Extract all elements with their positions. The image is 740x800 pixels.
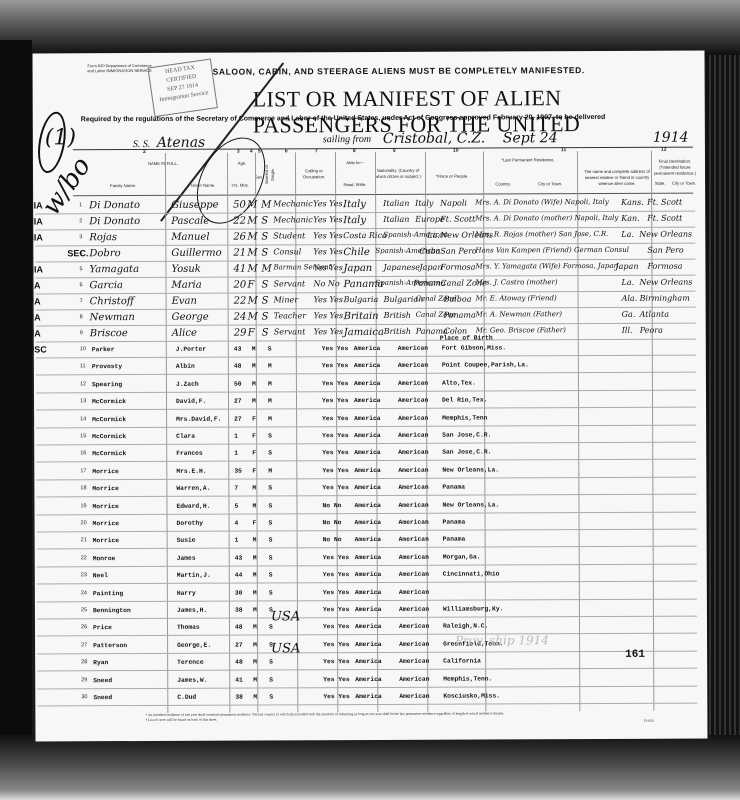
destination-city: Ft. Scott — [647, 214, 682, 223]
read-write: Yes Yes — [322, 449, 348, 456]
given-name: J.Porter — [176, 346, 206, 353]
row-annotation-usa: USA — [271, 641, 300, 656]
nearest-relative: Mrs. J. Castro (mother) — [475, 278, 557, 286]
row-annotation-usa: USA — [271, 609, 300, 624]
destination-city: Ft. Scott — [647, 198, 682, 207]
col-number: 7 — [315, 148, 318, 154]
read-write: Yes Yes — [322, 432, 348, 439]
place-of-birth: Del Rio,Tex. — [442, 397, 487, 404]
row-line-number: 16 — [80, 451, 86, 457]
row-line-number: 2 — [79, 218, 82, 224]
destination-state: Kan. — [621, 214, 639, 223]
marital-status: S — [269, 537, 273, 544]
age: 26 — [233, 232, 246, 243]
sex: F — [252, 467, 256, 474]
marital-status: M — [261, 199, 271, 210]
race: British — [384, 327, 411, 336]
calling: Servant — [273, 279, 305, 288]
age: 1 — [235, 537, 239, 544]
family-name: Spearing — [92, 381, 122, 388]
family-name: Briscoe — [90, 328, 128, 339]
calling: Mechanic — [273, 215, 313, 224]
marital-status: S — [269, 519, 273, 526]
nearest-relative: Mr. A. Newman (Father) — [476, 310, 562, 318]
given-name: Maria — [171, 280, 201, 291]
head-tax-stamp: HEAD TAX CERTIFIED SEP 27 1914 Immigrati… — [147, 58, 218, 117]
sex: F — [253, 519, 257, 526]
row-line-number: 13 — [80, 398, 86, 404]
race: American — [398, 501, 428, 508]
sex: F — [248, 328, 255, 339]
place-of-birth: Memphis,Tenn. — [443, 675, 492, 682]
residence-country: Japan — [419, 263, 442, 272]
sailing-date: Sept 24 — [503, 130, 558, 146]
col-number: 8 — [353, 148, 356, 154]
marital-status: S — [268, 502, 272, 509]
form-label: Form 630 Department of Commerce and Labo… — [85, 63, 155, 73]
destination-city: New Orleans — [639, 278, 692, 287]
age: 41 — [235, 676, 243, 683]
family-name: Di Donato — [89, 200, 140, 211]
given-name: Harry — [177, 589, 196, 596]
col-number: 3 — [237, 149, 240, 155]
marital-status: S — [269, 572, 273, 579]
header-yrs-mos: Yrs. Mos. — [227, 183, 253, 189]
marital-status: M — [268, 363, 272, 370]
sex: F — [252, 450, 256, 457]
header-city: City or Town. — [525, 181, 575, 187]
given-name: David,F. — [176, 398, 206, 405]
family-name: Price — [93, 625, 112, 632]
row-line-number: 27 — [81, 642, 87, 648]
age: 20 — [233, 280, 246, 291]
race: American — [399, 658, 429, 665]
destination-city: New Orleans — [639, 230, 692, 239]
family-name: Yamagata — [89, 264, 139, 275]
race: American — [398, 362, 428, 369]
marital-status: S — [268, 432, 272, 439]
page-number: 161 — [625, 649, 645, 661]
destination-state: La. — [621, 278, 634, 287]
marital-status: M — [268, 380, 272, 387]
row-line-number: 6 — [80, 282, 83, 288]
sex: M — [252, 485, 256, 492]
nearest-relative: Mr. Geo. Briscoe (Father) — [476, 326, 566, 334]
age: 38 — [235, 607, 243, 614]
age: 48 — [234, 363, 242, 370]
nationality: Italy — [343, 199, 366, 210]
destination-state: Ga. — [622, 310, 636, 319]
place-of-birth: Raleigh,N.C. — [443, 623, 488, 630]
header-country: Country. — [483, 181, 523, 187]
col-number: 4 — [250, 149, 253, 155]
header-last-residence: *Last Permanent Residence. — [483, 157, 573, 163]
race: American — [399, 571, 429, 578]
marital-status: S — [262, 311, 269, 322]
family-name: Morrice — [93, 520, 119, 527]
sex: M — [247, 263, 257, 274]
sex: M — [253, 676, 257, 683]
header-family-name: Family Name. — [93, 183, 153, 189]
row-line-number: 1 — [79, 202, 82, 208]
age: 29 — [234, 328, 247, 339]
family-name: Neel — [93, 572, 108, 579]
sex: M — [248, 295, 258, 306]
place-of-birth: California — [443, 658, 481, 665]
place-of-birth: Cincinnati,Ohio — [443, 571, 500, 578]
family-name: Christoff — [90, 296, 134, 307]
col-number: 10 — [453, 148, 459, 154]
residence-city: Napoli — [440, 199, 467, 208]
marital-status: S — [268, 345, 272, 352]
age: 50 — [234, 380, 242, 387]
row-code: NIA — [27, 264, 43, 274]
nationality: Costa Rica — [343, 231, 386, 240]
marital-status: S — [261, 279, 268, 290]
row-code: UA — [28, 328, 41, 338]
residence-country: La. — [427, 231, 440, 240]
sex: M — [253, 589, 257, 596]
age: 27 — [234, 398, 242, 405]
row-code: UA — [27, 280, 40, 290]
destination-state: Kans. — [621, 198, 644, 207]
age: 48 — [235, 659, 243, 666]
destination-city: Atlanta — [640, 310, 669, 319]
nationality: America — [354, 415, 380, 422]
row-line-number: 29 — [81, 677, 87, 683]
given-name: Mrs.David,F. — [176, 415, 221, 422]
read-write: Yes Yes — [314, 295, 343, 304]
given-name: Clara — [176, 433, 195, 440]
read-write: No No — [323, 519, 342, 526]
sex: M — [253, 641, 257, 648]
read-write: Yes Yes — [322, 467, 348, 474]
sex: M — [253, 624, 257, 631]
header-city-town: City or Town. — [669, 181, 699, 187]
given-name: Frances — [176, 450, 202, 457]
header-race: †Race or People. — [425, 174, 479, 180]
read-write: Yes Yes — [313, 263, 342, 272]
family-name: McCormick — [92, 398, 126, 405]
destination-city: Peora — [640, 326, 663, 335]
family-name: Sneed — [93, 694, 112, 701]
col-number: 11 — [561, 147, 566, 153]
race: American — [399, 519, 429, 526]
row-code: NIA — [27, 232, 43, 242]
read-write: Yes Yes — [322, 362, 348, 369]
scan-background-right — [706, 55, 740, 755]
sex: M — [247, 215, 257, 226]
age: 7 — [234, 485, 238, 492]
race: Japanese — [383, 263, 420, 272]
calling: Servant — [274, 327, 306, 336]
sailing-year: 1914 — [653, 130, 689, 146]
family-name: Morrice — [92, 503, 118, 510]
read-write: Yes Yes — [323, 606, 349, 613]
given-name: Susie — [177, 537, 196, 544]
read-write: No No — [323, 537, 342, 544]
race: American — [399, 693, 429, 700]
given-name: Giuseppe — [171, 200, 218, 211]
marital-status: S — [269, 624, 273, 631]
place-of-birth: New Orleans,La. — [442, 466, 499, 473]
family-name: Painting — [93, 590, 123, 597]
nearest-relative: Hans Van Kampen (Friend) German Consul — [475, 246, 629, 255]
place-of-birth: Morgan,Ga. — [443, 553, 481, 560]
header-able-to: Able to— — [335, 160, 375, 166]
col-number: 5 — [258, 148, 261, 154]
place-of-birth: San Jose,C.R. — [442, 449, 491, 456]
given-name: Terence — [177, 659, 203, 666]
read-write: Yes Yes — [313, 231, 342, 240]
given-name: Evan — [172, 296, 197, 307]
row-line-number: 30 — [81, 694, 87, 700]
row-line-number: 11 — [80, 364, 86, 370]
race: American — [399, 623, 429, 630]
nationality: America — [354, 467, 380, 474]
row-line-number: 17 — [80, 468, 86, 474]
row-line-number: 23 — [81, 572, 87, 578]
place-of-birth: Williamsburg,Ky. — [443, 605, 503, 612]
residence-city: San Pero — [440, 247, 476, 256]
given-name: Manuel — [171, 232, 209, 243]
nationality: America — [354, 449, 380, 456]
family-name: Di Donato — [89, 216, 140, 227]
sex: M — [253, 659, 257, 666]
read-write: Yes Yes — [323, 658, 349, 665]
given-name: Martin,J. — [177, 572, 211, 579]
destination-state: La. — [621, 230, 634, 239]
row-code: UA — [28, 312, 41, 322]
sex: M — [252, 363, 256, 370]
sex: M — [253, 572, 257, 579]
family-name: McCormick — [92, 416, 126, 423]
row-line-number: 14 — [80, 416, 86, 422]
given-name: Warren,A. — [176, 485, 210, 492]
given-name: Thomas — [177, 624, 200, 631]
marital-status: S — [268, 450, 272, 457]
age: 44 — [235, 572, 243, 579]
row-line-number: 8 — [80, 314, 83, 320]
age: 24 — [234, 312, 247, 323]
given-name: James,H. — [177, 607, 207, 614]
calling: Teacher — [274, 311, 306, 320]
calling: Consul — [273, 247, 301, 256]
form-reference: 15-616 — [643, 719, 653, 723]
sex: M — [253, 606, 257, 613]
nationality: Italy — [343, 215, 366, 226]
given-name: Edward,H. — [176, 502, 210, 509]
calling: Miner — [274, 295, 299, 304]
family-name: Parker — [92, 346, 115, 353]
read-write: Yes Yes — [314, 311, 343, 320]
row-line-number: 5 — [79, 266, 82, 272]
sex: F — [252, 432, 256, 439]
row-code: NIA — [27, 200, 43, 210]
nationality: America — [355, 623, 381, 630]
given-name: James,W. — [177, 676, 207, 683]
age: 21 — [233, 248, 246, 259]
table-row: 30SneedC.Dud38MSYes YesAmericaAmericanKo… — [37, 687, 697, 707]
nearest-relative: Mrs. A. Di Donato (Wife) Napoli, Italy — [475, 198, 609, 207]
place-of-birth: New Orleans,La. — [442, 501, 499, 508]
race: American — [398, 432, 428, 439]
read-write: No No — [322, 502, 341, 509]
col-number: 9 — [393, 148, 396, 154]
read-write: Yes Yes — [313, 247, 342, 256]
nationality: America — [354, 345, 380, 352]
nationality: America — [355, 571, 381, 578]
age: 30 — [235, 589, 243, 596]
family-name: Morrice — [92, 485, 118, 492]
family-name: Dobro — [89, 248, 120, 259]
given-name: Alice — [172, 328, 197, 339]
read-write: Yes Yes — [323, 641, 349, 648]
sex: M — [252, 398, 256, 405]
race: American — [399, 606, 429, 613]
read-write: Yes Yes — [322, 484, 348, 491]
row-code: UA — [28, 296, 41, 306]
family-name: Ryan — [93, 659, 108, 666]
nationality: America — [354, 362, 380, 369]
header-given-name: Given Name. — [173, 183, 233, 189]
sex: F — [247, 280, 254, 291]
family-name: Patterson — [93, 642, 127, 649]
row-line-number: 12 — [80, 381, 86, 387]
marital-status: S — [262, 295, 269, 306]
place-of-birth: Kosciusko,Miss. — [443, 692, 500, 699]
sex: F — [252, 415, 256, 422]
residence-city: Panama — [444, 311, 476, 320]
residence-city: Balboa — [444, 295, 472, 304]
sex: M — [252, 380, 256, 387]
given-name: Dorothy — [177, 520, 203, 527]
read-write: Yes Yes — [313, 199, 342, 208]
destination-city: San Pero — [647, 246, 683, 255]
read-write: Yes Yes — [322, 345, 348, 352]
nationality: America — [355, 519, 381, 526]
age: 1 — [234, 450, 238, 457]
nationality: America — [355, 589, 381, 596]
col-number: 12 — [661, 147, 667, 153]
destination-city: Birmingham — [640, 294, 690, 303]
age: 50 — [233, 200, 246, 211]
race: American — [399, 675, 429, 682]
given-name: George — [172, 312, 209, 323]
marital-status: S — [261, 231, 268, 242]
row-line-number: 4 — [79, 250, 82, 256]
row-line-number: 3 — [79, 234, 82, 240]
header-married-single: Married or Single. — [264, 159, 276, 189]
age: 38 — [235, 694, 243, 701]
destination-state: Ala. — [622, 294, 638, 303]
read-write: Yes Yes — [314, 327, 343, 336]
race: American — [398, 414, 428, 421]
row-line-number: 25 — [81, 607, 87, 613]
row-line-number: 28 — [81, 659, 87, 665]
race: American — [398, 380, 428, 387]
given-name: C.Dud — [177, 694, 196, 701]
given-name: Albin — [176, 363, 195, 370]
given-name: J.Zach — [176, 381, 199, 388]
place-of-birth: Panama — [442, 484, 465, 491]
place-of-birth: Fort Gibson,Miss. — [442, 344, 506, 351]
marital-status: S — [268, 485, 272, 492]
family-name: Monroe — [93, 555, 116, 562]
calling: Student — [273, 231, 305, 240]
race: American — [398, 345, 428, 352]
row-line-number: 26 — [81, 625, 87, 631]
nationality: America — [354, 502, 380, 509]
read-write: Yes Yes — [323, 623, 349, 630]
destination-state: Japan — [615, 262, 638, 271]
given-name: Yosuk — [171, 264, 200, 275]
family-name: Morrice — [93, 537, 119, 544]
nationality: America — [355, 536, 381, 543]
place-of-birth: Panama — [443, 519, 466, 526]
place-of-birth: San Jose,C.R. — [442, 431, 491, 438]
nationality: Jamaica — [344, 327, 384, 338]
marital-status: M — [268, 415, 272, 422]
age: 43 — [235, 554, 243, 561]
header-age: Age. — [229, 160, 255, 166]
footnote: * An intended residence of one year shal… — [145, 711, 665, 722]
age: 4 — [235, 520, 239, 527]
race: American — [398, 467, 428, 474]
read-write: Yes Yes — [323, 693, 349, 700]
marital-status: S — [269, 589, 273, 596]
sex: M — [253, 537, 257, 544]
family-name: Morrice — [92, 468, 118, 475]
race: American — [399, 641, 429, 648]
nationality: America — [355, 693, 381, 700]
given-name: Guillermo — [171, 248, 221, 259]
header-nationality: Nationality. (Country of which citizen o… — [375, 168, 421, 180]
calling: Mechanic — [273, 199, 313, 208]
nationality: America — [355, 641, 381, 648]
race: American — [398, 484, 428, 491]
race: Italian — [383, 215, 409, 224]
age: 41 — [233, 264, 246, 275]
marital-status: M — [268, 398, 272, 405]
col-number: 2 — [143, 149, 146, 155]
read-write: Yes Yes — [322, 397, 348, 404]
read-write: Yes Yes — [313, 215, 342, 224]
row-line-number: 10 — [80, 346, 86, 352]
given-name: Mrs.E.H. — [176, 468, 206, 475]
sailing-label: sailing from — [323, 134, 371, 145]
given-name: Pascale — [171, 216, 209, 227]
place-of-birth: Point Coupee,Parish,La. — [442, 362, 529, 369]
age: 43 — [234, 346, 242, 353]
marital-status: S — [262, 327, 269, 338]
header-calling: Calling or Occupation. — [295, 168, 333, 180]
nationality: Britain — [344, 311, 379, 322]
destination-state: Ill. — [622, 326, 633, 335]
age: 48 — [235, 624, 243, 631]
row-line-number: 24 — [81, 590, 87, 596]
faint-annotation: Prov. ship 1914 — [455, 633, 549, 647]
sex: M — [253, 693, 257, 700]
age: 22 — [234, 296, 247, 307]
place-of-birth: Memphis,Tenn — [442, 414, 487, 421]
sex: M — [247, 199, 257, 210]
marital-status: S — [261, 247, 268, 258]
age: 22 — [233, 216, 246, 227]
read-write: Yes Yes — [323, 676, 349, 683]
nearest-relative: Mr. E. Atoway (Friend) — [476, 294, 557, 302]
read-write: No No — [313, 279, 339, 288]
